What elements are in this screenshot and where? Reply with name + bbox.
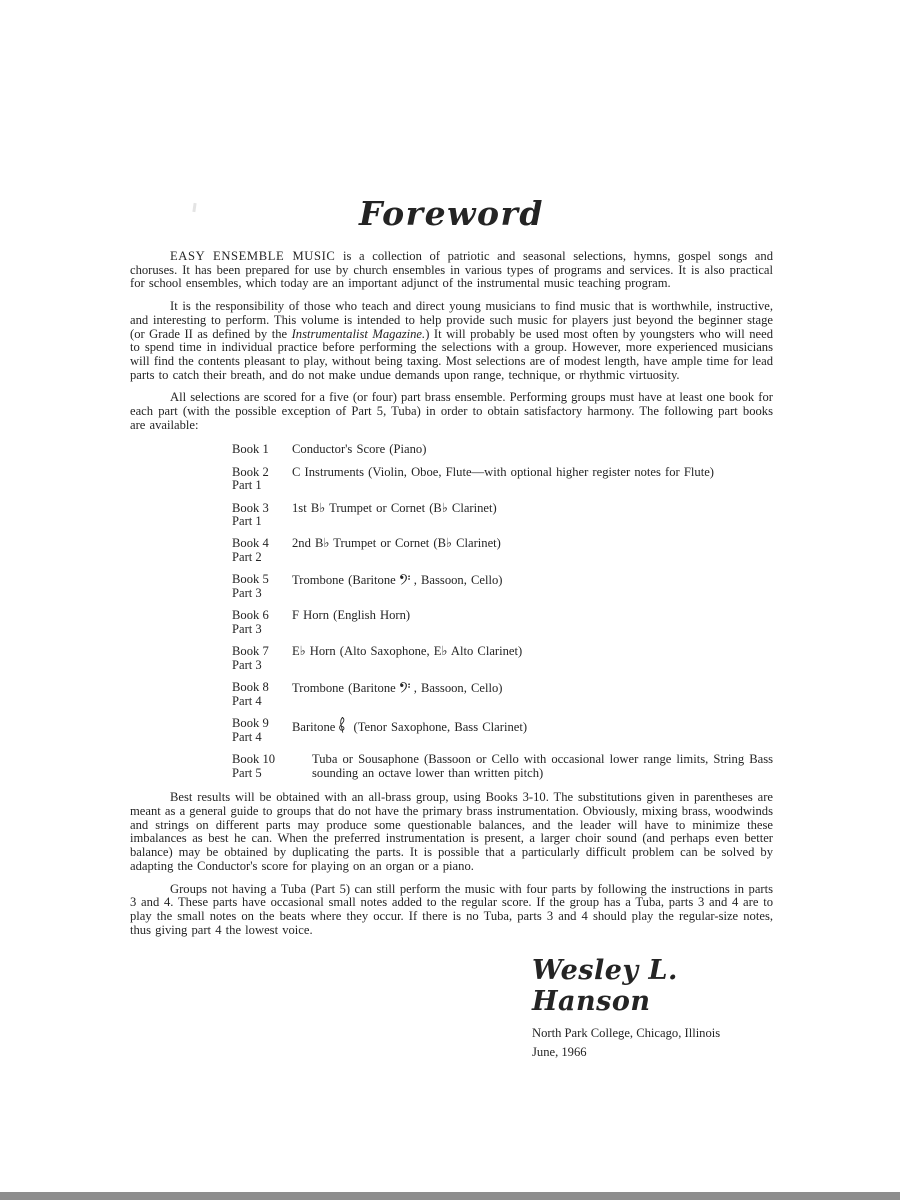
bass-clef-icon (399, 573, 411, 586)
paragraph-responsibility: It is the responsibility of those who te… (130, 300, 773, 382)
book-title: 1st B♭ Trumpet or Cornet (B♭ Clarinet) (292, 502, 773, 529)
book-title: Baritone (Tenor Saxophone, Bass Clarinet… (292, 717, 773, 744)
book-title-pre: Trombone (Baritone (292, 573, 396, 587)
signature-block: Wesley L. Hanson North Park College, Chi… (532, 955, 773, 1062)
book-label: Book 9 Part 4 (232, 717, 292, 744)
part-number: Part 3 (232, 623, 292, 637)
book-title: F Horn (English Horn) (292, 609, 773, 636)
book-label: Book 3 Part 1 (232, 502, 292, 529)
book-number: Book 1 (232, 443, 292, 457)
signature-date: June, 1966 (532, 1043, 773, 1062)
page-title: Foreword (130, 194, 773, 233)
paragraph-best-results: Best results will be obtained with an al… (130, 791, 773, 873)
book-number: Book 8 (232, 681, 292, 695)
document-page: Foreword EASY ENSEMBLE MUSIC is a collec… (0, 0, 900, 1200)
book-label: Book 2 Part 1 (232, 466, 292, 493)
book-number: Book 6 (232, 609, 292, 623)
signature-name: Wesley L. Hanson (532, 955, 773, 1017)
book-list-item: Book 3 Part 1 1st B♭ Trumpet or Cornet (… (232, 502, 773, 529)
book-title-post: (Tenor Saxophone, Bass Clarinet) (349, 720, 527, 734)
book-title: E♭ Horn (Alto Saxophone, E♭ Alto Clarine… (292, 645, 773, 672)
book-list-item: Book 10 Part 5 Tuba or Sousaphone (Basso… (232, 753, 773, 780)
part-number: Part 3 (232, 659, 292, 673)
paragraph-intro: EASY ENSEMBLE MUSIC is a collection of p… (130, 250, 773, 291)
book-title-pre: Baritone (292, 720, 335, 734)
book-label: Book 6 Part 3 (232, 609, 292, 636)
page-bottom-edge (0, 1192, 900, 1200)
book-number: Book 3 (232, 502, 292, 516)
part-number: Part 1 (232, 479, 292, 493)
signature-affiliation: North Park College, Chicago, Illinois (532, 1024, 773, 1043)
book-title-pre: Trombone (Baritone (292, 681, 396, 695)
book-title: C Instruments (Violin, Oboe, Flute—with … (292, 466, 773, 493)
paragraph-scoring: All selections are scored for a five (or… (130, 391, 773, 432)
book-label: Book 5 Part 3 (232, 573, 292, 600)
book-list-item: Book 7 Part 3 E♭ Horn (Alto Saxophone, E… (232, 645, 773, 672)
book-label: Book 7 Part 3 (232, 645, 292, 672)
book-title-post: , Bassoon, Cello) (414, 681, 503, 695)
lead-caps-text: EASY ENSEMBLE MUSIC (170, 249, 335, 263)
book-title-post: , Bassoon, Cello) (414, 573, 503, 587)
part-number: Part 2 (232, 551, 292, 565)
book-number: Book 7 (232, 645, 292, 659)
part-number: Part 5 (232, 767, 312, 781)
book-title: Conductor's Score (Piano) (292, 443, 773, 457)
book-title: Trombone (Baritone, Bassoon, Cello) (292, 573, 773, 600)
book-label: Book 4 Part 2 (232, 537, 292, 564)
book-list-item: Book 2 Part 1 C Instruments (Violin, Obo… (232, 466, 773, 493)
book-number: Book 9 (232, 717, 292, 731)
part-number: Part 3 (232, 587, 292, 601)
book-label: Book 10 Part 5 (232, 753, 312, 780)
treble-clef-icon (338, 717, 346, 733)
paragraph-no-tuba: Groups not having a Tuba (Part 5) can st… (130, 883, 773, 938)
book-list-item: Book 8 Part 4 Trombone (Baritone, Bassoo… (232, 681, 773, 708)
book-label: Book 1 (232, 443, 292, 457)
book-number: Book 2 (232, 466, 292, 480)
part-number: Part 4 (232, 731, 292, 745)
bass-clef-icon (399, 681, 411, 694)
magazine-name-italic: Instrumentalist Magazine. (292, 327, 426, 341)
book-list-item: Book 4 Part 2 2nd B♭ Trumpet or Cornet (… (232, 537, 773, 564)
book-title: Trombone (Baritone, Bassoon, Cello) (292, 681, 773, 708)
book-list-item: Book 5 Part 3 Trombone (Baritone, Bassoo… (232, 573, 773, 600)
part-number: Part 1 (232, 515, 292, 529)
book-list-item: Book 9 Part 4 Baritone (Tenor Saxophone,… (232, 717, 773, 744)
book-number: Book 10 (232, 753, 312, 767)
book-label: Book 8 Part 4 (232, 681, 292, 708)
part-book-list: Book 1 Conductor's Score (Piano) Book 2 … (232, 443, 773, 780)
book-list-item: Book 6 Part 3 F Horn (English Horn) (232, 609, 773, 636)
book-title: Tuba or Sousaphone (Bassoon or Cello wit… (312, 753, 773, 780)
book-number: Book 5 (232, 573, 292, 587)
book-number: Book 4 (232, 537, 292, 551)
part-number: Part 4 (232, 695, 292, 709)
book-list-item: Book 1 Conductor's Score (Piano) (232, 443, 773, 457)
book-title: 2nd B♭ Trumpet or Cornet (B♭ Clarinet) (292, 537, 773, 564)
foreword-content: Foreword EASY ENSEMBLE MUSIC is a collec… (130, 194, 773, 1062)
